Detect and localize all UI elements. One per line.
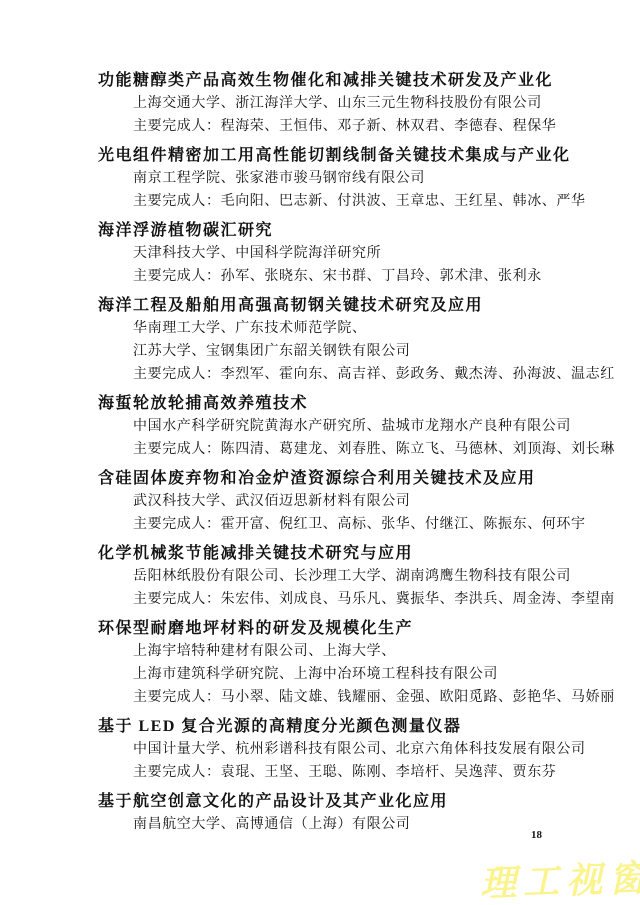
contributors-line: 主要完成人：朱宏伟、刘成良、马乐凡、冀振华、李洪兵、周金涛、李望南	[98, 588, 590, 611]
organizations-line: 岳阳林纸股份有限公司、长沙理工大学、湖南鸿鹰生物科技有限公司	[98, 565, 590, 588]
contributors-line: 主要完成人：程海荣、王恒伟、邓子新、林双君、李德春、程保华	[98, 115, 590, 138]
contributors-names: 孙军、张晓东、宋书群、丁昌玲、郭术津、张利永	[221, 269, 542, 284]
organizations-line: 中国水产科学研究院黄海水产研究所、盐城市龙翔水产良种有限公司	[98, 415, 590, 438]
contributors-label: 主要完成人：	[133, 442, 221, 457]
project-title: 海蜇轮放轮捕高效养殖技术	[98, 392, 590, 415]
organizations-line: 华南理工大学、广东技术师范学院、	[98, 317, 590, 340]
project-title: 含硅固体废弃物和冶金炉渣资源综合利用关键技术及应用	[98, 467, 590, 490]
project-title: 海洋工程及船舶用高强高韧钢关键技术研究及应用	[98, 294, 590, 317]
award-entry-7: 化学机械浆节能减排关键技术研究与应用 岳阳林纸股份有限公司、长沙理工大学、湖南鸿…	[98, 542, 590, 611]
project-title: 功能糖醇类产品高效生物催化和减排关键技术研发及产业化	[98, 69, 590, 92]
award-entry-9: 基于 LED 复合光源的高精度分光颜色测量仪器 中国计量大学、杭州彩谱科技有限公…	[98, 715, 590, 784]
contributors-line: 主要完成人：袁琨、王坚、王聪、陈刚、李培杆、吴逸萍、贾东芬	[98, 761, 590, 784]
contributors-line: 主要完成人：李烈军、霍向东、高吉祥、彭政务、戴杰涛、孙海波、温志红	[98, 363, 590, 386]
project-title: 海洋浮游植物碳汇研究	[98, 219, 590, 242]
watermark-logo: 理工视窗	[479, 850, 640, 905]
organizations-line: 武汉科技大学、武汉佰迈思新材料有限公司	[98, 490, 590, 513]
page-number: 18	[531, 829, 542, 841]
award-entry-1: 功能糖醇类产品高效生物催化和减排关键技术研发及产业化 上海交通大学、浙江海洋大学…	[98, 69, 590, 138]
contributors-names: 马小翠、陆文雄、钱耀丽、金强、欧阳觅路、彭艳华、马娇丽	[221, 690, 615, 705]
contributors-names: 李烈军、霍向东、高吉祥、彭政务、戴杰涛、孙海波、温志红	[221, 367, 615, 382]
award-entry-6: 含硅固体废弃物和冶金炉渣资源综合利用关键技术及应用 武汉科技大学、武汉佰迈思新材…	[98, 467, 590, 536]
contributors-line: 主要完成人：毛向阳、巴志新、付洪波、王章忠、王红星、韩冰、严华	[98, 190, 590, 213]
contributors-line: 主要完成人：陈四清、葛建龙、刘春胜、陈立飞、马德林、刘顶海、刘长琳	[98, 438, 590, 461]
award-entry-10: 基于航空创意文化的产品设计及其产业化应用 南昌航空大学、高博通信（上海）有限公司	[98, 790, 590, 836]
award-entry-2: 光电组件精密加工用高性能切割线制备关键技术集成与产业化 南京工程学院、张家港市骏…	[98, 144, 590, 213]
contributors-line: 主要完成人：孙军、张晓东、宋书群、丁昌玲、郭术津、张利永	[98, 265, 590, 288]
contributors-line: 主要完成人：霍开富、倪红卫、高标、张华、付继江、陈振东、何环宇	[98, 513, 590, 536]
award-entry-3: 海洋浮游植物碳汇研究 天津科技大学、中国科学院海洋研究所 主要完成人：孙军、张晓…	[98, 219, 590, 288]
project-title: 基于航空创意文化的产品设计及其产业化应用	[98, 790, 590, 813]
organizations-line: 上海交通大学、浙江海洋大学、山东三元生物科技股份有限公司	[98, 92, 590, 115]
contributors-label: 主要完成人：	[133, 517, 221, 532]
contributors-names: 袁琨、王坚、王聪、陈刚、李培杆、吴逸萍、贾东芬	[221, 765, 557, 780]
contributors-names: 霍开富、倪红卫、高标、张华、付继江、陈振东、何环宇	[221, 517, 586, 532]
contributors-line: 主要完成人：马小翠、陆文雄、钱耀丽、金强、欧阳觅路、彭艳华、马娇丽	[98, 686, 590, 709]
award-entry-4: 海洋工程及船舶用高强高韧钢关键技术研究及应用 华南理工大学、广东技术师范学院、 …	[98, 294, 590, 386]
award-entry-8: 环保型耐磨地坪材料的研发及规模化生产 上海宇培特种建材有限公司、上海大学、 上海…	[98, 617, 590, 709]
contributors-label: 主要完成人：	[133, 194, 221, 209]
contributors-label: 主要完成人：	[133, 690, 221, 705]
contributors-label: 主要完成人：	[133, 119, 221, 134]
organizations-line-2: 江苏大学、宝钢集团广东韶关钢铁有限公司	[98, 340, 590, 363]
project-title: 化学机械浆节能减排关键技术研究与应用	[98, 542, 590, 565]
contributors-label: 主要完成人：	[133, 592, 221, 607]
organizations-line: 中国计量大学、杭州彩谱科技有限公司、北京六角体科技发展有限公司	[98, 738, 590, 761]
contributors-names: 毛向阳、巴志新、付洪波、王章忠、王红星、韩冰、严华	[221, 194, 586, 209]
award-entry-5: 海蜇轮放轮捕高效养殖技术 中国水产科学研究院黄海水产研究所、盐城市龙翔水产良种有…	[98, 392, 590, 461]
contributors-label: 主要完成人：	[133, 765, 221, 780]
contributors-names: 朱宏伟、刘成良、马乐凡、冀振华、李洪兵、周金涛、李望南	[221, 592, 615, 607]
contributors-label: 主要完成人：	[133, 367, 221, 382]
award-list: 功能糖醇类产品高效生物催化和减排关键技术研发及产业化 上海交通大学、浙江海洋大学…	[98, 69, 590, 842]
organizations-line: 南昌航空大学、高博通信（上海）有限公司	[98, 813, 590, 836]
contributors-label: 主要完成人：	[133, 269, 221, 284]
contributors-names: 陈四清、葛建龙、刘春胜、陈立飞、马德林、刘顶海、刘长琳	[221, 442, 615, 457]
project-title: 光电组件精密加工用高性能切割线制备关键技术集成与产业化	[98, 144, 590, 167]
organizations-line: 天津科技大学、中国科学院海洋研究所	[98, 242, 590, 265]
project-title: 基于 LED 复合光源的高精度分光颜色测量仪器	[98, 715, 590, 738]
organizations-line: 南京工程学院、张家港市骏马钢帘线有限公司	[98, 167, 590, 190]
organizations-line-2: 上海市建筑科学研究院、上海中冶环境工程科技有限公司	[98, 663, 590, 686]
document-page: 功能糖醇类产品高效生物催化和减排关键技术研发及产业化 上海交通大学、浙江海洋大学…	[0, 0, 640, 905]
organizations-line: 上海宇培特种建材有限公司、上海大学、	[98, 640, 590, 663]
contributors-names: 程海荣、王恒伟、邓子新、林双君、李德春、程保华	[221, 119, 557, 134]
project-title: 环保型耐磨地坪材料的研发及规模化生产	[98, 617, 590, 640]
